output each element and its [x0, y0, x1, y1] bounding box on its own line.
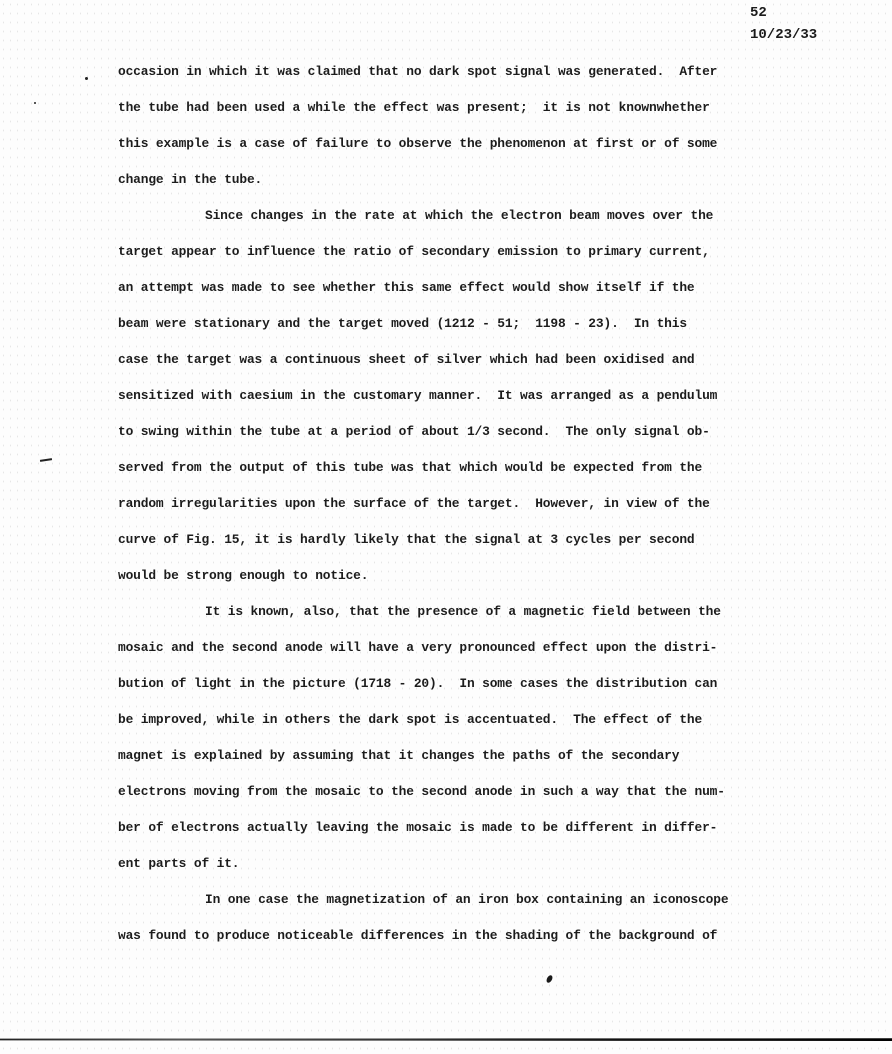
margin-dot-mark [85, 77, 88, 80]
text-line: curve of Fig. 15, it is hardly likely th… [118, 528, 818, 564]
scan-edge-line [0, 1038, 892, 1041]
text-line: bution of light in the picture (1718 - 2… [118, 672, 818, 708]
text-line: was found to produce noticeable differen… [118, 924, 818, 960]
page-header: 52 10/23/33 [750, 2, 817, 46]
text-line: sensitized with caesium in the customary… [118, 384, 818, 420]
text-line: change in the tube. [118, 168, 818, 204]
text-line: ber of electrons actually leaving the mo… [118, 816, 818, 852]
text-line: mosaic and the second anode will have a … [118, 636, 818, 672]
text-line: the tube had been used a while the effec… [118, 96, 818, 132]
text-line: be improved, while in others the dark sp… [118, 708, 818, 744]
body-text: occasion in which it was claimed that no… [118, 60, 818, 960]
scanned-typewritten-page: 52 10/23/33 occasion in which it was cla… [0, 0, 892, 1054]
text-line: target appear to influence the ratio of … [118, 240, 818, 276]
margin-dash-mark [40, 458, 52, 462]
text-line: would be strong enough to notice. [118, 564, 818, 600]
text-line: to swing within the tube at a period of … [118, 420, 818, 456]
paragraph-start-line: Since changes in the rate at which the e… [118, 204, 818, 240]
page-date: 10/23/33 [750, 24, 817, 46]
page-number: 52 [750, 2, 817, 24]
text-line: magnet is explained by assuming that it … [118, 744, 818, 780]
ink-blot-mark [545, 974, 553, 983]
text-line: served from the output of this tube was … [118, 456, 818, 492]
text-line: case the target was a continuous sheet o… [118, 348, 818, 384]
margin-dot-mark [34, 102, 36, 104]
text-line: occasion in which it was claimed that no… [118, 60, 818, 96]
text-line: beam were stationary and the target move… [118, 312, 818, 348]
text-line: this example is a case of failure to obs… [118, 132, 818, 168]
text-line: electrons moving from the mosaic to the … [118, 780, 818, 816]
paragraph-start-line: It is known, also, that the presence of … [118, 600, 818, 636]
text-line: random irregularities upon the surface o… [118, 492, 818, 528]
paragraph-start-line: In one case the magnetization of an iron… [118, 888, 818, 924]
text-line: ent parts of it. [118, 852, 818, 888]
text-line: an attempt was made to see whether this … [118, 276, 818, 312]
